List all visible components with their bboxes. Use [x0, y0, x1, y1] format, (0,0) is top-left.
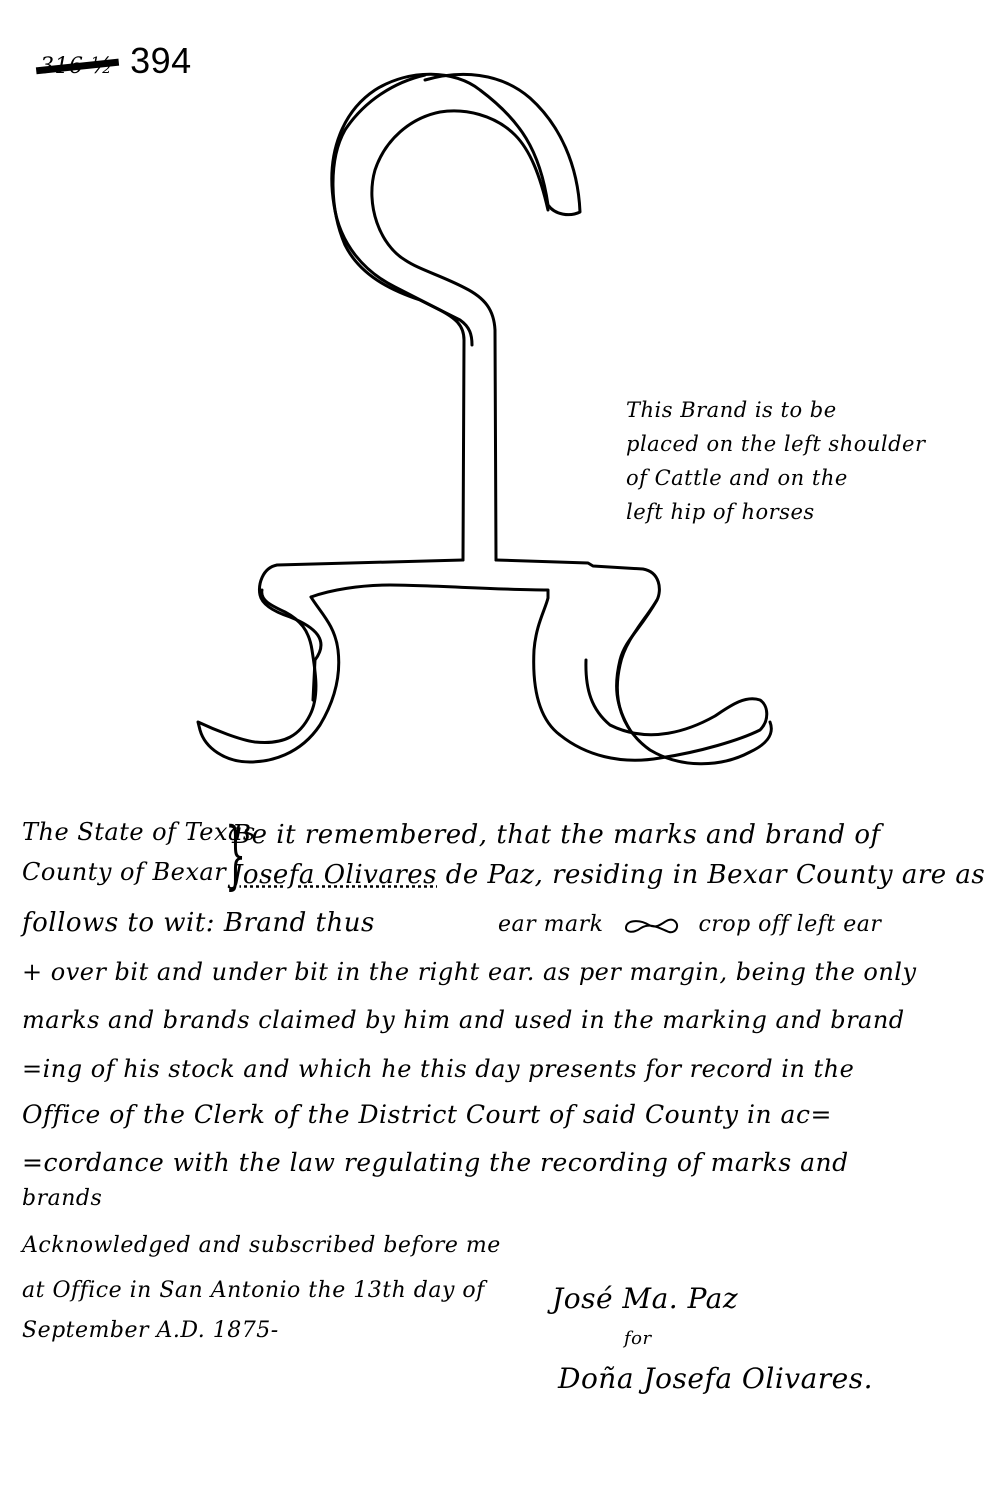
- body-line-11: brands: [22, 1186, 102, 1211]
- body-line-8: =ing of his stock and which he this day …: [22, 1055, 854, 1083]
- signature-for-label: for: [624, 1328, 652, 1349]
- ear-mark-text: ear mark: [498, 912, 603, 937]
- crop-text: crop off left ear: [698, 912, 881, 937]
- heading-state: The State of Texas: [22, 818, 256, 846]
- signature-on-behalf: Doña Josefa Olivares.: [558, 1362, 873, 1395]
- brand-note-line-1: This Brand is to be: [626, 398, 837, 422]
- acknowledgement-line-3: September A.D. 1875-: [22, 1318, 279, 1343]
- ear-mark-symbol-icon: [621, 914, 681, 936]
- body-line-1: Be it remembered, that the marks and bra…: [232, 820, 881, 850]
- owner-name: Josefa Olivares: [232, 860, 437, 890]
- ear-mark-label: ear mark crop off left ear: [498, 912, 881, 937]
- heading-county: County of Bexar: [22, 858, 226, 886]
- body-line-3: follows to wit: Brand thus: [22, 908, 375, 938]
- acknowledgement-line-1: Acknowledged and subscribed before me: [22, 1233, 501, 1258]
- body-line-6: + over bit and under bit in the right ea…: [22, 958, 917, 986]
- brand-note-line-2: placed on the left shoulder: [626, 432, 926, 456]
- body-line-10: =cordance with the law regulating the re…: [22, 1148, 849, 1177]
- body-line-9: Office of the Clerk of the District Cour…: [22, 1100, 832, 1129]
- body-line-2: Josefa Olivares de Paz, residing in Bexa…: [232, 860, 985, 890]
- body-line-2-rest: de Paz, residing in Bexar County are as: [446, 860, 985, 890]
- signature-signer: José Ma. Paz: [552, 1282, 738, 1315]
- document-page: 316 ½ 394 This Brand is to be placed on …: [0, 0, 987, 1500]
- brand-note-line-4: left hip of horses: [626, 500, 815, 524]
- acknowledgement-line-2: at Office in San Antonio the 13th day of: [22, 1278, 485, 1303]
- brand-note-line-3: of Cattle and on the: [626, 466, 848, 490]
- body-line-7: marks and brands claimed by him and used…: [22, 1006, 905, 1034]
- brand-drawing-icon: [0, 0, 987, 800]
